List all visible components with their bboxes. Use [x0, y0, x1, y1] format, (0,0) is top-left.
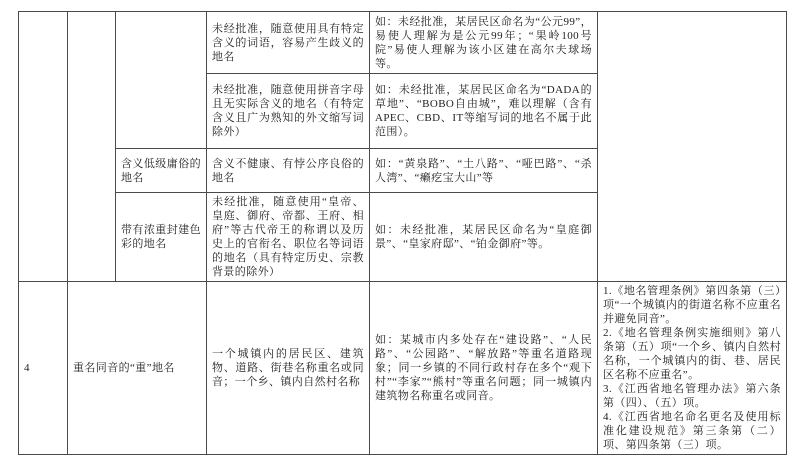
cell-category-5: 重名同音的“重”地名: [68, 282, 207, 455]
cell-example-4: 如：未经批准，某居民区命名为“皇庭御景”、“皇家府邸”、“铂金御府”等。: [370, 193, 598, 282]
legal-item-2: 2.《地名管理条例实施细则》第八条第（五）项“一个乡、镇内自然村名称，一个城镇内…: [603, 326, 781, 382]
cell-definition-3: 含义不健康、有悖公序良俗的地名: [207, 149, 370, 193]
cell-number-empty: [19, 12, 68, 282]
cell-example-3: 如：“黄泉路”、“土八路”、“哑巴路”、“杀人湾”、“癞疙宝大山”等: [370, 149, 598, 193]
cell-subcategory-3: 含义低级庸俗的地名: [116, 149, 207, 193]
cell-example-1: 如：未经批准，某居民区命名为“公元99”，易使人理解为是公元99年；“果岭100…: [370, 12, 598, 74]
cell-legal-basis-5: 1.《地名管理条例》第四条第（三）项“一个城镇内的街道名称不应重名并避免同音”。…: [598, 282, 787, 455]
document-page: 未经批准，随意使用具有特定含义的词语，容易产生歧义的地名 如：未经批准，某居民区…: [0, 0, 800, 471]
cell-definition-5: 一个城镇内的居民区、建筑物、道路、街巷名称重名或同音；一个乡、镇内自然村名称: [207, 282, 370, 455]
table-row-5: 4 重名同音的“重”地名 一个城镇内的居民区、建筑物、道路、街巷名称重名或同音；…: [19, 282, 787, 455]
cell-definition-2: 未经批准，随意使用拼音字母且无实际含义的地名（有特定含义且广为熟知的外文缩写词除…: [207, 74, 370, 149]
cell-definition-4: 未经批准，随意使用“皇帝、皇庭、御府、帝都、王府、相府”等古代帝王的称谓以及历史…: [207, 193, 370, 282]
legal-item-4: 4.《江西省地名命名更名及使用标准化建设规范》第三条第（二）项、第四条第（三）项…: [603, 410, 781, 452]
cell-number-5: 4: [19, 282, 68, 455]
legal-item-3: 3.《江西省地名管理办法》第六条第（四）、（五）项。: [603, 382, 781, 410]
cell-legal-basis-empty: [598, 12, 787, 282]
cell-subcategory-4: 带有浓重封建色彩的地名: [116, 193, 207, 282]
table-row-1: 未经批准，随意使用具有特定含义的词语，容易产生歧义的地名 如：未经批准，某居民区…: [19, 12, 787, 74]
cell-category-empty: [68, 12, 116, 282]
legal-item-1: 1.《地名管理条例》第四条第（三）项“一个城镇内的街道名称不应重名并避免同音”。: [603, 284, 781, 326]
cell-example-2: 如：未经批准，某居民区命名为“DADA的草地”、“BOBO自由城”，难以理解（含…: [370, 74, 598, 149]
place-name-regulation-table: 未经批准，随意使用具有特定含义的词语，容易产生歧义的地名 如：未经批准，某居民区…: [18, 11, 787, 455]
cell-subcategory-empty: [116, 12, 207, 149]
cell-definition-1: 未经批准，随意使用具有特定含义的词语，容易产生歧义的地名: [207, 12, 370, 74]
cell-example-5: 如：某城市内多处存在“建设路”、“人民路”、“公园路”、“解放路”等重名道路现象…: [370, 282, 598, 455]
